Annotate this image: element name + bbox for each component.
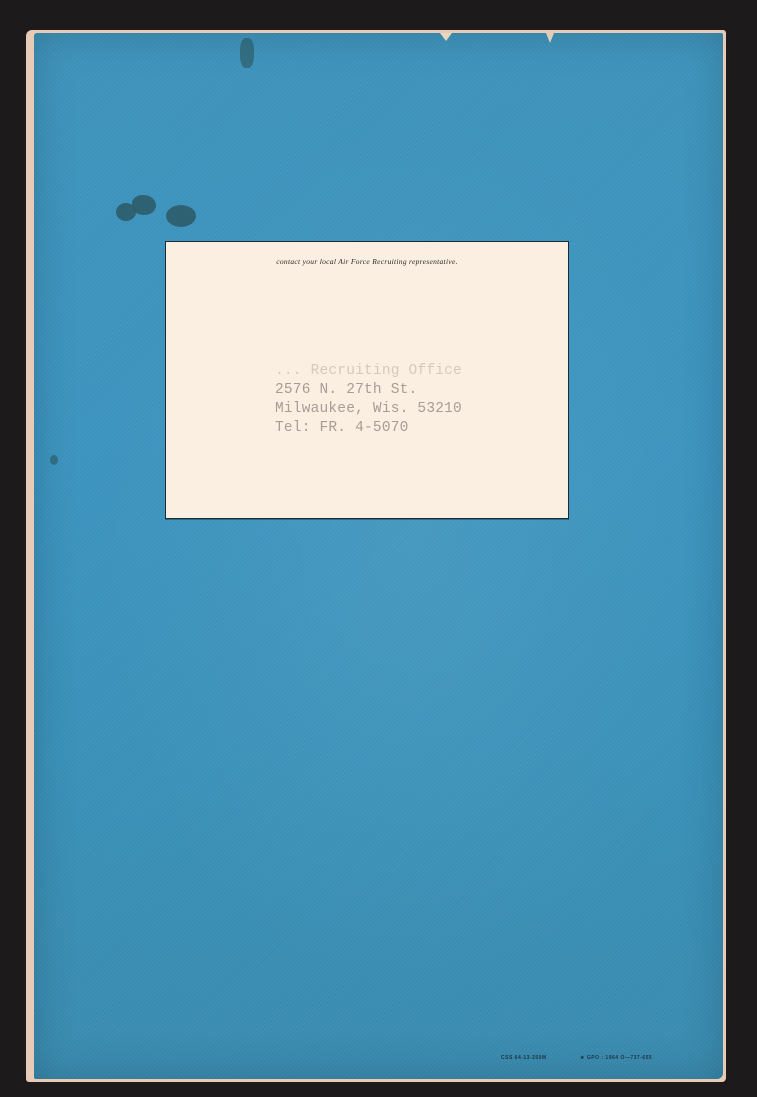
stain-mark	[132, 195, 156, 215]
recruiting-office-stamp: ... Recruiting Office 2576 N. 27th St. M…	[275, 362, 462, 438]
print-code-left: CSS 64-13-250M	[501, 1055, 547, 1061]
stamp-office-name: ... Recruiting Office	[275, 362, 462, 381]
stain-mark	[50, 455, 58, 465]
address-card: contact your local Air Force Recruiting …	[165, 241, 569, 519]
stain-mark	[240, 38, 254, 68]
stamp-phone: Tel: FR. 4-5070	[275, 419, 462, 438]
back-cover: contact your local Air Force Recruiting …	[34, 33, 723, 1079]
stain-mark	[166, 205, 196, 227]
torn-edge	[440, 33, 452, 41]
stamp-street: 2576 N. 27th St.	[275, 381, 462, 400]
stamp-city: Milwaukee, Wis. 53210	[275, 400, 462, 419]
print-code-right: ★ GPO : 1964 O—737-655	[580, 1055, 652, 1061]
torn-edge	[546, 33, 554, 43]
card-caption: contact your local Air Force Recruiting …	[166, 257, 568, 266]
